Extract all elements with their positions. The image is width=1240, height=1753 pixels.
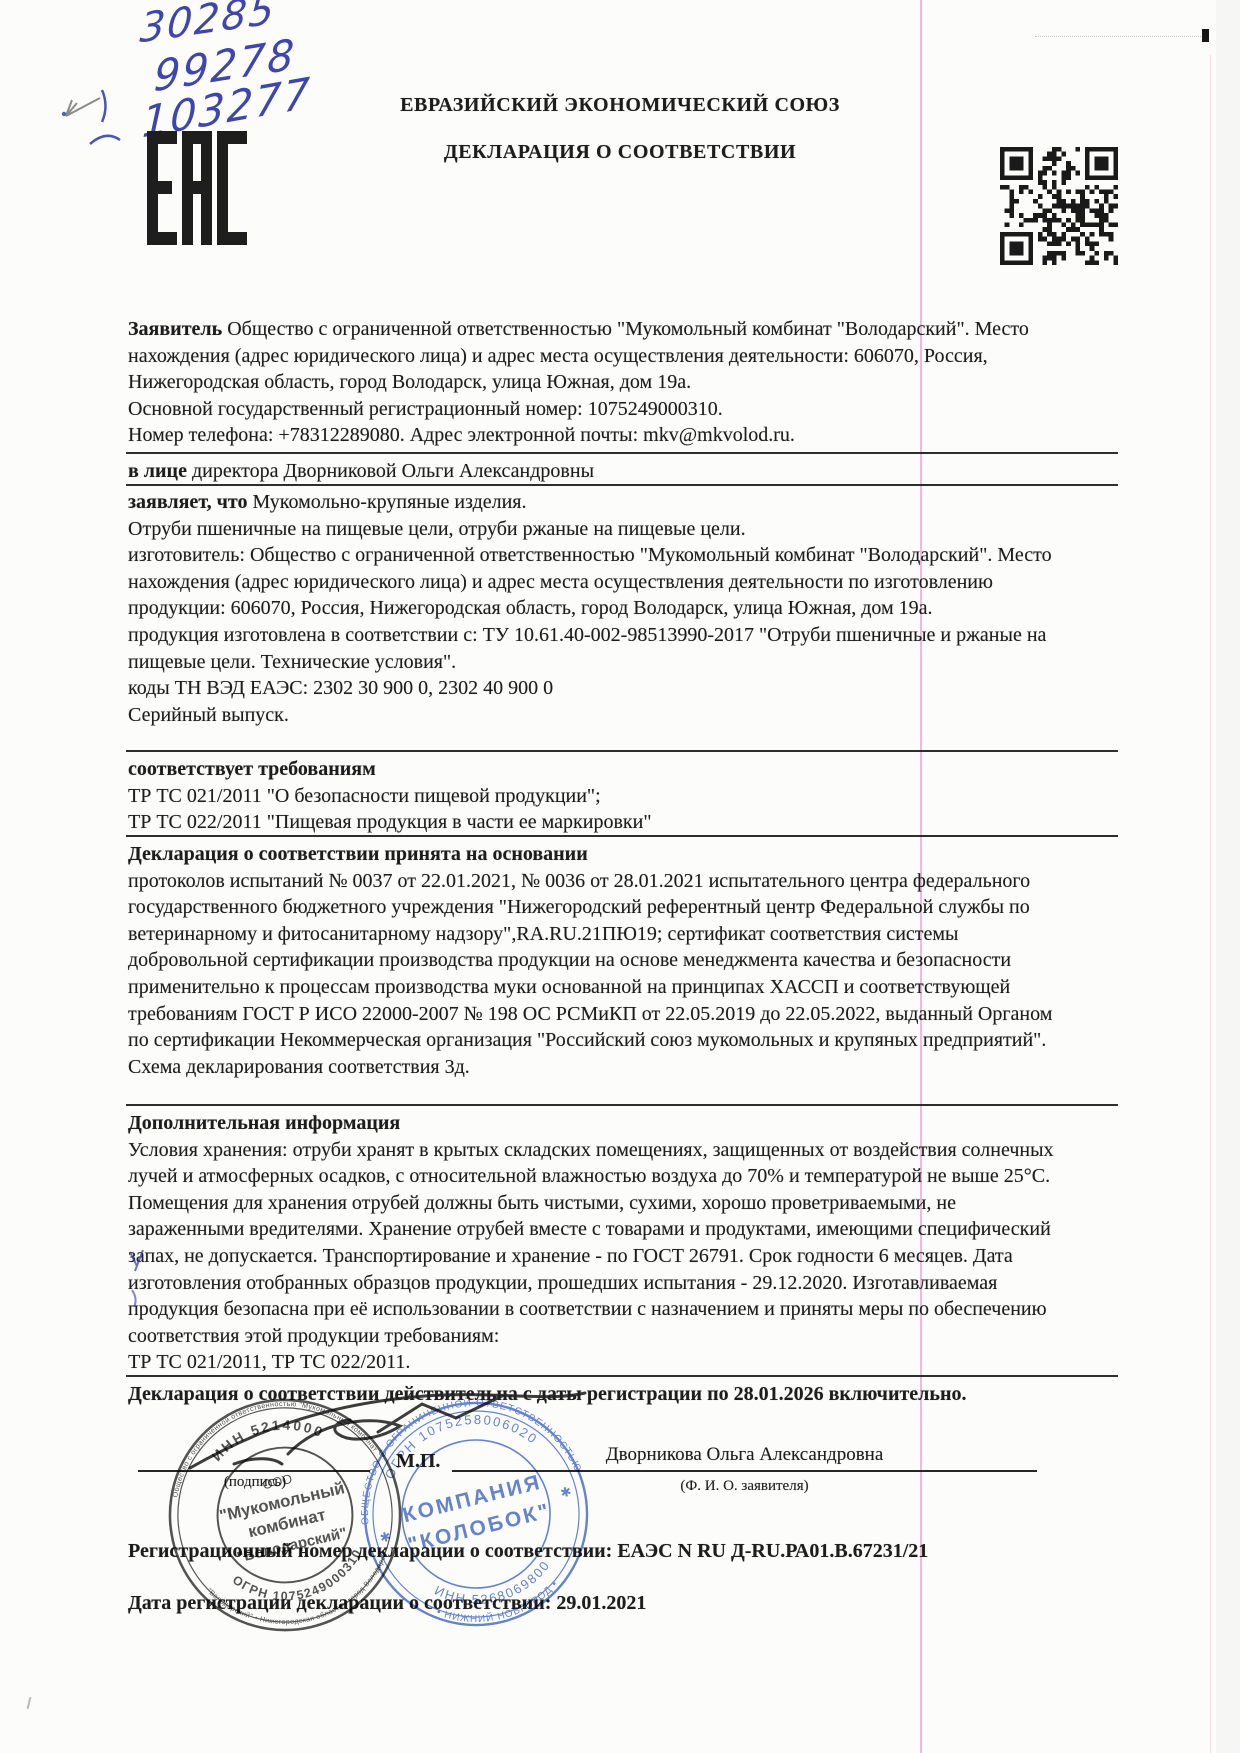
svg-text:ИНН 5214000: ИНН 5214000 (204, 1405, 330, 1466)
additional-lead: Дополнительная информация (128, 1112, 400, 1134)
product-line: Отруби пшеничные на пищевые цели, отруби… (128, 516, 1073, 543)
basis-lead: Декларация о соответствии принята на осн… (128, 843, 588, 865)
tu-line: продукция изготовлена в соответствии с: … (128, 622, 1073, 675)
applicant-ogrn-line: Основной государственный регистрационный… (128, 396, 1073, 423)
basis-body: протоколов испытаний № 0037 от 22.01.202… (128, 868, 1073, 1054)
section-divider (126, 452, 1118, 454)
svg-text:• НИЖНИЙ НОВГОРОД •: • НИЖНИЙ НОВГОРОД • (433, 1577, 566, 1637)
section-declares: заявляет, что Мукомольно-крупяные издели… (128, 489, 1073, 728)
blue-stamp-star-right: ✱ (559, 1483, 573, 1500)
section-additional-info: Дополнительная информация Условия хранен… (128, 1110, 1073, 1376)
blue-stamp-inn-arc: ИНН 5268069800 (429, 1555, 559, 1620)
scan-edge-shading (1216, 0, 1240, 1753)
pen-ticks (122, 1244, 172, 1314)
section-divider (126, 1104, 1118, 1106)
section-in-person: в лице директора Дворниковой Ольги Алекс… (128, 458, 1073, 485)
compliance-lead: соответствует требованиям (128, 758, 376, 780)
section-divider (126, 750, 1118, 752)
document-title-declaration: ДЕКЛАРАЦИЯ О СООТВЕТСТВИИ (125, 141, 1115, 164)
svg-text:ИНН 5268069800: ИНН 5268069800 (429, 1555, 559, 1620)
qr-code-icon (1000, 145, 1118, 267)
black-stamp-ooo: ООО (261, 1471, 294, 1492)
manufacturer-paragraph: изготовитель: Общество с ограниченной от… (128, 542, 1073, 622)
blue-stamp-star-left: ✱ (378, 1528, 392, 1545)
applicant-paragraph: Заявитель Общество с ограниченной ответс… (128, 316, 1073, 396)
section-applicant: Заявитель Общество с ограниченной ответс… (128, 316, 1073, 449)
tr-022-line: ТР ТС 022/2011 "Пищевая продукция в част… (128, 809, 1073, 836)
scheme-line: Схема декларирования соответствия 3д. (128, 1054, 1073, 1081)
scan-artifact-pink-line-right (1210, 55, 1211, 1753)
serial-line: Серийный выпуск. (128, 702, 1073, 729)
scan-artifact-corner-dash (1202, 29, 1209, 42)
scan-artifact-bottom-dash (27, 1697, 32, 1709)
document-title-union: ЕВРАЗИЙСКИЙ ЭКОНОМИЧЕСКИЙ СОЮЗ (125, 94, 1115, 117)
in-person-lead: в лице (128, 460, 187, 482)
tr-021-line: ТР ТС 021/2011 "О безопасности пищевой п… (128, 783, 1073, 810)
scanned-declaration-page: 30285 99278 103277 ЕВРАЗИЙСКИЙ ЭКОНОМИЧЕ… (0, 0, 1240, 1753)
blue-stamp-outer-bottom: • НИЖНИЙ НОВГОРОД • (433, 1577, 566, 1637)
section-compliance: соответствует требованиям ТР ТС 021/2011… (128, 756, 1073, 836)
black-stamp-inn-arc: ИНН 5214000 (204, 1405, 330, 1466)
section-divider (126, 835, 1118, 837)
codes-line: коды ТН ВЭД ЕАЭС: 2302 30 900 0, 2302 40… (128, 675, 1073, 702)
section-divider (126, 484, 1118, 486)
applicant-lead: Заявитель (128, 318, 222, 340)
scan-artifact-dotted-line (1035, 36, 1205, 37)
applicant-phone-line: Номер телефона: +78312289080. Адрес элек… (128, 422, 1073, 449)
section-basis: Декларация о соответствии принята на осн… (128, 841, 1073, 1080)
additional-body: Условия хранения: отруби хранят в крытых… (128, 1137, 1073, 1350)
declares-lead: заявляет, что (128, 491, 247, 513)
